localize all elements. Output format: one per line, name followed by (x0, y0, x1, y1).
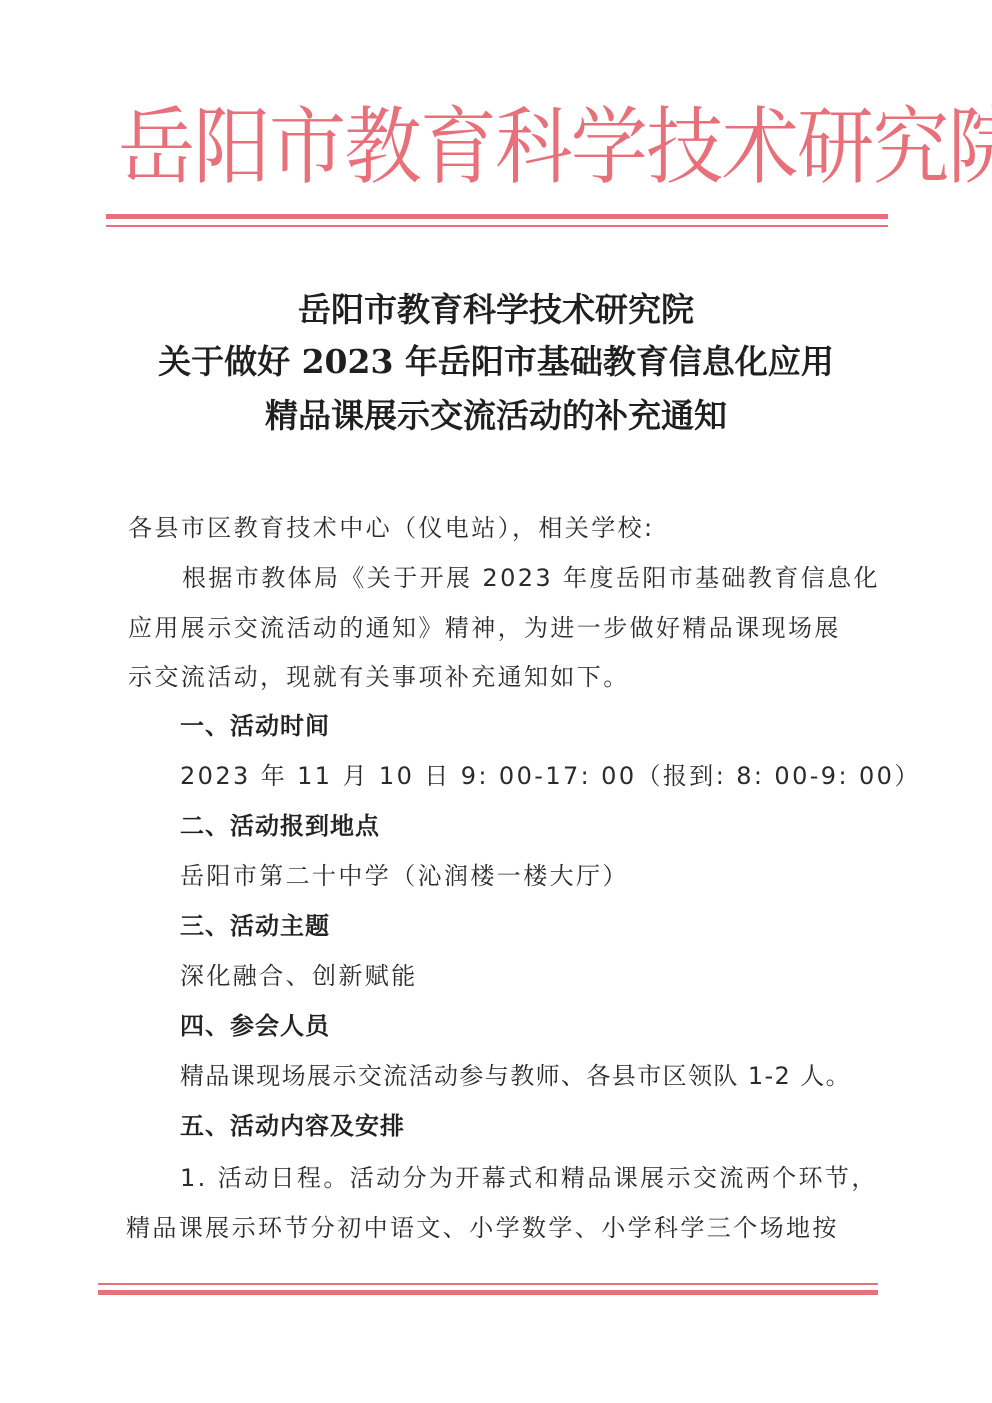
section-content-participants: 精品课现场展示交流活动参与教师、各县市区领队 1-2 人。 (180, 1056, 851, 1091)
section-heading-participants: 四、参会人员 (180, 1006, 330, 1041)
section-content-time: 2023 年 11 月 10 日 9: 00-17: 00（报到: 8: 00-… (180, 756, 921, 791)
schedule-line-1: 1. 活动日程。活动分为开幕式和精品课展示交流两个环节， (180, 1158, 878, 1193)
section-content-theme: 深化融合、创新赋能 (180, 956, 418, 991)
section-heading-theme: 三、活动主题 (180, 906, 330, 941)
section-content-location: 岳阳市第二十中学（沁润楼一楼大厅） (180, 856, 629, 891)
section-heading-time: 一、活动时间 (180, 706, 330, 741)
document-title-line-1: 岳阳市教育科学技术研究院 (0, 284, 992, 331)
section-heading-location: 二、活动报到地点 (180, 806, 380, 841)
footer-rule-thin (98, 1283, 878, 1285)
masthead-org-name: 岳阳市教育科学技术研究院 (118, 92, 817, 202)
masthead-rule-thin (106, 225, 888, 227)
footer-rule-thick (98, 1290, 878, 1295)
schedule-line-2: 精品课展示环节分初中语文、小学数学、小学科学三个场地按 (126, 1208, 839, 1243)
section-heading-content: 五、活动内容及安排 (180, 1106, 405, 1141)
document-title-line-3: 精品课展示交流活动的补充通知 (0, 390, 992, 437)
document-title-line-2: 关于做好 2023 年岳阳市基础教育信息化应用 (0, 336, 992, 383)
salutation: 各县市区教育技术中心（仪电站），相关学校: (128, 508, 654, 543)
masthead-rule-thick (106, 214, 888, 219)
intro-line-2: 应用展示交流活动的通知》精神，为进一步做好精品课现场展 (128, 608, 841, 643)
intro-line-3: 示交流活动，现就有关事项补充通知如下。 (128, 657, 630, 692)
intro-line-1: 根据市教体局《关于开展 2023 年度岳阳市基础教育信息化 (182, 558, 880, 593)
